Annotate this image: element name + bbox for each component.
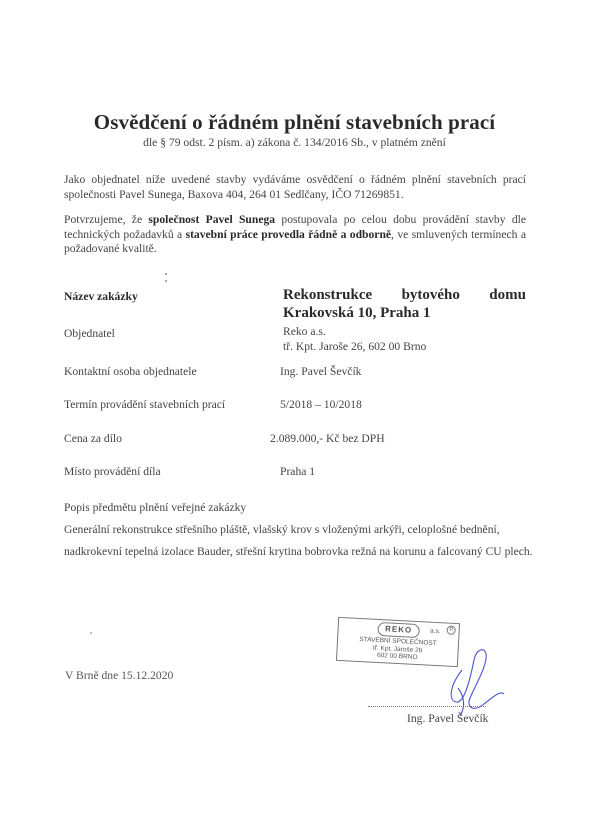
document-title: Osvědčení o řádném plnění stavebních pra… — [0, 110, 589, 135]
intro-paragraph: Jako objednatel níže uvedené stavby vydá… — [64, 173, 526, 202]
client-name: Reko a.s. — [283, 325, 326, 338]
location-value: Praha 1 — [280, 465, 315, 478]
period-value: 5/2018 – 10/2018 — [280, 398, 362, 411]
confirmation-company: společnost Pavel Sunega — [148, 213, 275, 226]
description-block: Popis předmětu plnění veřejné zakázky Ge… — [64, 497, 544, 563]
project-name-word: bytového — [402, 286, 460, 304]
description-heading: Popis předmětu plnění veřejné zakázky — [64, 497, 544, 519]
document-subtitle: dle § 79 odst. 2 písm. a) zákona č. 134/… — [0, 136, 589, 149]
confirmation-paragraph: Potvrzujeme, že společnost Pavel Sunega … — [64, 213, 526, 257]
signature-line — [368, 706, 486, 707]
signer-name: Ing. Pavel Ševčík — [407, 712, 488, 725]
stamp-suffix: a.s. — [430, 628, 441, 636]
location-label: Místo provádění díla — [64, 465, 161, 478]
client-label: Objednatel — [64, 327, 115, 340]
registered-icon: R — [446, 626, 455, 635]
confirmation-quality: stavební práce provedla řádně a odborně — [186, 228, 391, 241]
scan-speck — [165, 280, 167, 282]
project-name-word: Rekonstrukce — [283, 286, 372, 304]
price-value: 2.089.000,- Kč bez DPH — [270, 432, 385, 445]
project-name-line2: Krakovská 10, Praha 1 — [283, 304, 526, 322]
project-name-word: domu — [489, 286, 526, 304]
period-label: Termín provádění stavebních prací — [64, 398, 225, 411]
scan-speck — [90, 632, 92, 634]
project-name-value: Rekonstrukce bytového domu Krakovská 10,… — [283, 286, 526, 322]
confirmation-text-1: Potvrzujeme, že — [64, 213, 148, 226]
stamp-logo: REKO — [377, 622, 420, 638]
description-text: Generální rekonstrukce střešního pláště,… — [64, 519, 544, 563]
client-address: tř. Kpt. Jaroše 26, 602 00 Brno — [283, 340, 426, 353]
scan-speck — [165, 273, 167, 275]
contact-label: Kontaktní osoba objednatele — [64, 365, 197, 378]
project-name-label: Název zakázky — [64, 290, 138, 303]
contact-value: Ing. Pavel Ševčík — [280, 365, 361, 378]
place-date: V Brně dne 15.12.2020 — [65, 669, 173, 682]
price-label: Cena za dílo — [64, 432, 122, 445]
signature-icon — [440, 640, 510, 720]
